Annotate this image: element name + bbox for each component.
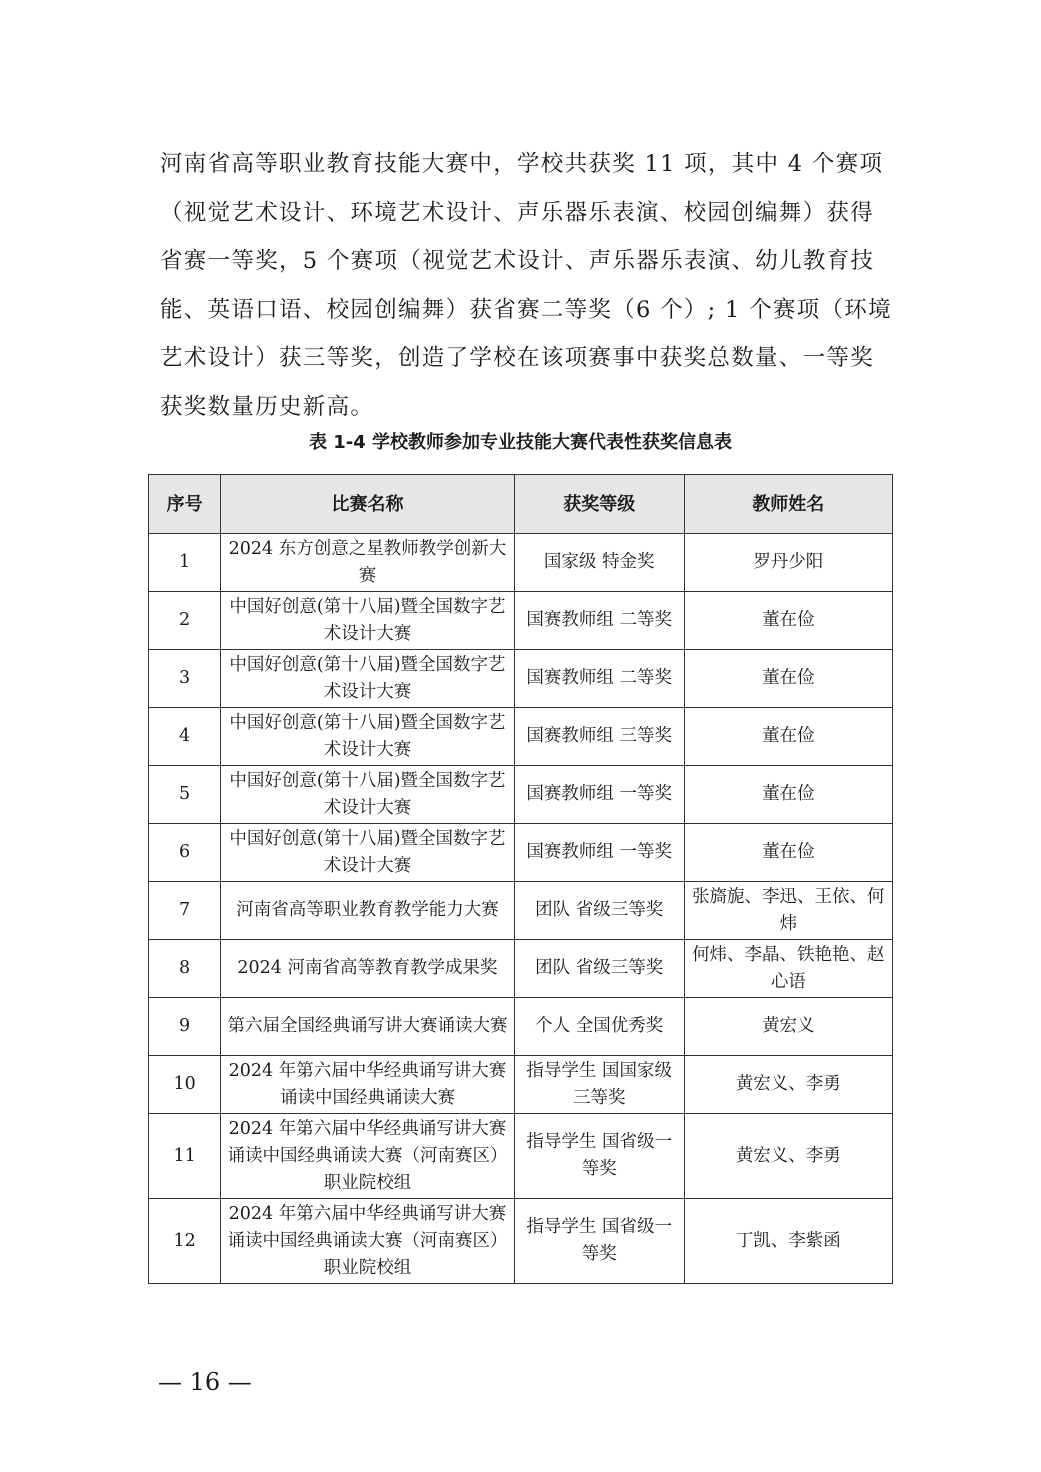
cell-award-level: 指导学生 国省级一等奖	[514, 1199, 684, 1284]
table-row: 6 中国好创意(第十八届)暨全国数字艺术设计大赛 国赛教师组 一等奖 董在俭	[149, 824, 893, 882]
cell-index: 8	[149, 940, 221, 998]
table-row: 12 2024 年第六届中华经典诵写讲大赛诵读中国经典诵读大赛（河南赛区）职业院…	[149, 1199, 893, 1284]
cell-index: 11	[149, 1114, 221, 1199]
cell-teacher: 董在俭	[684, 766, 892, 824]
cell-competition: 2024 河南省高等教育教学成果奖	[221, 940, 515, 998]
cell-competition: 2024 东方创意之星教师教学创新大赛	[221, 534, 515, 592]
cell-award-level: 个人 全国优秀奖	[514, 998, 684, 1056]
table-row: 8 2024 河南省高等教育教学成果奖 团队 省级三等奖 何炜、李晶、铁艳艳、赵…	[149, 940, 893, 998]
cell-competition: 2024 年第六届中华经典诵写讲大赛诵读中国经典诵读大赛	[221, 1056, 515, 1114]
cell-competition: 中国好创意(第十八届)暨全国数字艺术设计大赛	[221, 766, 515, 824]
cell-award-level: 指导学生 国省级一等奖	[514, 1114, 684, 1199]
page-number: — 16 —	[158, 1368, 252, 1396]
cell-index: 9	[149, 998, 221, 1056]
awards-table: 序号 比赛名称 获奖等级 教师姓名 1 2024 东方创意之星教师教学创新大赛 …	[148, 474, 893, 1284]
cell-index: 2	[149, 592, 221, 650]
paragraph-line: 艺术设计）获三等奖，创造了学校在该项赛事中获奖总数量、一等奖	[160, 334, 885, 383]
paragraph-line: 能、英语口语、校园创编舞）获省赛二等奖（6 个）; 1 个赛项（环境	[160, 286, 885, 335]
table-caption: 表 1-4 学校教师参加专业技能大赛代表性获奖信息表	[0, 428, 1041, 454]
cell-award-level: 国赛教师组 一等奖	[514, 766, 684, 824]
cell-award-level: 团队 省级三等奖	[514, 882, 684, 940]
paragraph-line: 获奖数量历史新高。	[160, 383, 885, 432]
cell-award-level: 国家级 特金奖	[514, 534, 684, 592]
cell-competition: 河南省高等职业教育教学能力大赛	[221, 882, 515, 940]
cell-award-level: 团队 省级三等奖	[514, 940, 684, 998]
cell-index: 4	[149, 708, 221, 766]
cell-award-level: 国赛教师组 二等奖	[514, 650, 684, 708]
cell-index: 1	[149, 534, 221, 592]
cell-teacher: 黄宏义	[684, 998, 892, 1056]
cell-award-level: 国赛教师组 三等奖	[514, 708, 684, 766]
body-paragraph: 河南省高等职业教育技能大赛中，学校共获奖 11 项，其中 4 个赛项 （视觉艺术…	[160, 140, 885, 431]
cell-index: 5	[149, 766, 221, 824]
cell-index: 6	[149, 824, 221, 882]
header-teacher: 教师姓名	[684, 475, 892, 534]
cell-teacher: 董在俭	[684, 592, 892, 650]
table-header-row: 序号 比赛名称 获奖等级 教师姓名	[149, 475, 893, 534]
cell-teacher: 张旖旎、李迅、王依、何炜	[684, 882, 892, 940]
cell-competition: 2024 年第六届中华经典诵写讲大赛诵读中国经典诵读大赛（河南赛区）职业院校组	[221, 1199, 515, 1284]
header-award-level: 获奖等级	[514, 475, 684, 534]
table-row: 9 第六届全国经典诵写讲大赛诵读大赛 个人 全国优秀奖 黄宏义	[149, 998, 893, 1056]
paragraph-line: 省赛一等奖，5 个赛项（视觉艺术设计、声乐器乐表演、幼儿教育技	[160, 237, 885, 286]
paragraph-line: （视觉艺术设计、环境艺术设计、声乐器乐表演、校园创编舞）获得	[160, 189, 885, 238]
table-row: 2 中国好创意(第十八届)暨全国数字艺术设计大赛 国赛教师组 二等奖 董在俭	[149, 592, 893, 650]
cell-competition: 中国好创意(第十八届)暨全国数字艺术设计大赛	[221, 824, 515, 882]
table-row: 5 中国好创意(第十八届)暨全国数字艺术设计大赛 国赛教师组 一等奖 董在俭	[149, 766, 893, 824]
cell-teacher: 罗丹少阳	[684, 534, 892, 592]
cell-award-level: 指导学生 国国家级三等奖	[514, 1056, 684, 1114]
header-index: 序号	[149, 475, 221, 534]
table-row: 1 2024 东方创意之星教师教学创新大赛 国家级 特金奖 罗丹少阳	[149, 534, 893, 592]
cell-award-level: 国赛教师组 二等奖	[514, 592, 684, 650]
cell-competition: 2024 年第六届中华经典诵写讲大赛诵读中国经典诵读大赛（河南赛区）职业院校组	[221, 1114, 515, 1199]
paragraph-line: 河南省高等职业教育技能大赛中，学校共获奖 11 项，其中 4 个赛项	[160, 140, 885, 189]
cell-teacher: 董在俭	[684, 708, 892, 766]
table-row: 11 2024 年第六届中华经典诵写讲大赛诵读中国经典诵读大赛（河南赛区）职业院…	[149, 1114, 893, 1199]
cell-competition: 中国好创意(第十八届)暨全国数字艺术设计大赛	[221, 650, 515, 708]
cell-teacher: 董在俭	[684, 824, 892, 882]
cell-index: 10	[149, 1056, 221, 1114]
cell-index: 12	[149, 1199, 221, 1284]
cell-index: 7	[149, 882, 221, 940]
cell-teacher: 黄宏义、李勇	[684, 1056, 892, 1114]
cell-teacher: 何炜、李晶、铁艳艳、赵心语	[684, 940, 892, 998]
cell-competition: 中国好创意(第十八届)暨全国数字艺术设计大赛	[221, 592, 515, 650]
cell-teacher: 丁凯、李紫函	[684, 1199, 892, 1284]
table-row: 7 河南省高等职业教育教学能力大赛 团队 省级三等奖 张旖旎、李迅、王依、何炜	[149, 882, 893, 940]
cell-teacher: 黄宏义、李勇	[684, 1114, 892, 1199]
table-row: 10 2024 年第六届中华经典诵写讲大赛诵读中国经典诵读大赛 指导学生 国国家…	[149, 1056, 893, 1114]
table-row: 4 中国好创意(第十八届)暨全国数字艺术设计大赛 国赛教师组 三等奖 董在俭	[149, 708, 893, 766]
cell-competition: 第六届全国经典诵写讲大赛诵读大赛	[221, 998, 515, 1056]
cell-award-level: 国赛教师组 一等奖	[514, 824, 684, 882]
table-row: 3 中国好创意(第十八届)暨全国数字艺术设计大赛 国赛教师组 二等奖 董在俭	[149, 650, 893, 708]
header-competition: 比赛名称	[221, 475, 515, 534]
cell-index: 3	[149, 650, 221, 708]
cell-teacher: 董在俭	[684, 650, 892, 708]
cell-competition: 中国好创意(第十八届)暨全国数字艺术设计大赛	[221, 708, 515, 766]
